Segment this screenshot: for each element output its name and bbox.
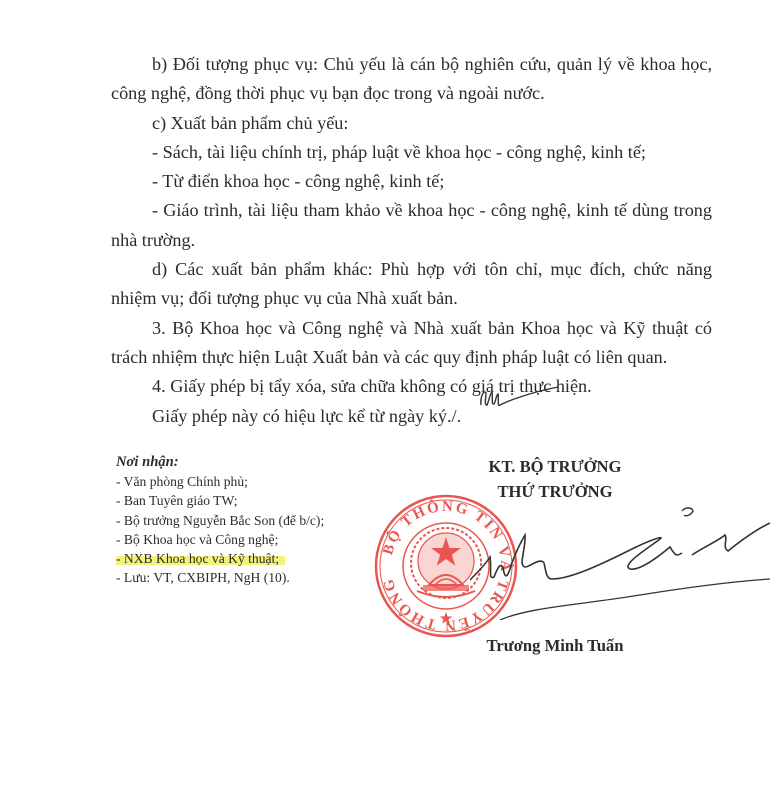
recipient-item: - Lưu: VT, CXBIPH, NgH (10).	[116, 568, 324, 587]
recipient-item: - Bộ Khoa học và Công nghệ;	[116, 530, 324, 549]
initials-signature-icon	[478, 383, 568, 413]
paragraph: Giấy phép này có hiệu lực kể từ ngày ký.…	[111, 402, 712, 431]
recipients-block: Nơi nhận: - Văn phòng Chính phủ;- Ban Tu…	[116, 453, 324, 587]
recipient-item: - Bộ trưởng Nguyễn Bắc Son (để b/c);	[116, 511, 324, 530]
paragraph: d) Các xuất bản phẩm khác: Phù hợp với t…	[111, 255, 712, 314]
document-body: b) Đối tượng phục vụ: Chủ yếu là cán bộ …	[111, 50, 712, 431]
paragraph: - Giáo trình, tài liệu tham khảo về khoa…	[111, 196, 712, 255]
signer-title-line1: KT. BỘ TRƯỞNG	[435, 454, 675, 479]
recipient-item: - NXB Khoa học và Kỹ thuật;	[116, 549, 324, 568]
signer-name: Trương Minh Tuấn	[435, 636, 675, 656]
paragraph: - Sách, tài liệu chính trị, pháp luật về…	[111, 138, 712, 167]
recipients-title: Nơi nhận:	[116, 453, 324, 472]
paragraph: 3. Bộ Khoa học và Công nghệ và Nhà xuất …	[111, 314, 712, 373]
recipients-list: - Văn phòng Chính phủ;- Ban Tuyên giáo T…	[116, 472, 324, 587]
paragraph: 4. Giấy phép bị tẩy xóa, sửa chữa không …	[111, 372, 712, 401]
paragraph: c) Xuất bản phẩm chủ yếu:	[111, 109, 712, 138]
recipient-item: - Ban Tuyên giáo TW;	[116, 491, 324, 510]
recipient-item: - Văn phòng Chính phủ;	[116, 472, 324, 491]
paragraph: b) Đối tượng phục vụ: Chủ yếu là cán bộ …	[111, 50, 712, 109]
handwritten-signature-icon	[470, 495, 777, 620]
paragraph: - Từ điển khoa học - công nghệ, kinh tế;	[111, 167, 712, 196]
